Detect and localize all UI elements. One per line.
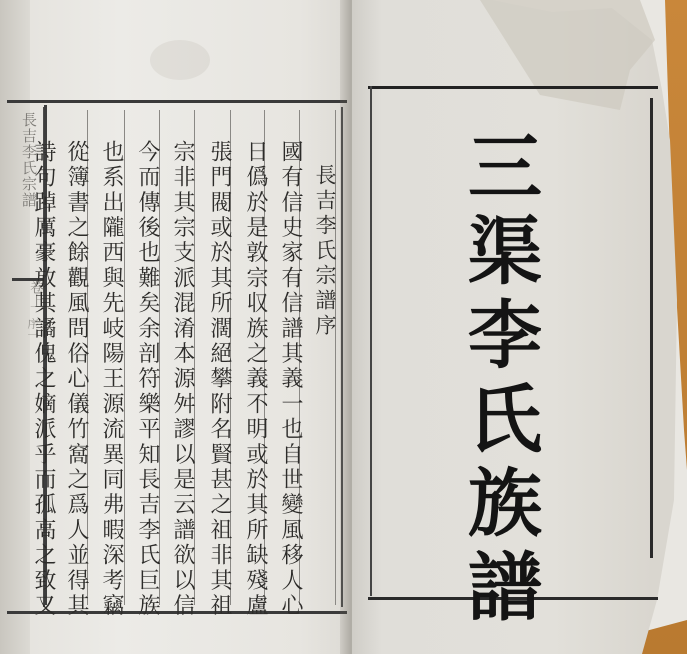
preface-heading: 長吉李氏宗譜序 <box>310 164 340 339</box>
book-spread: 長吉李氏宗譜 卷上 序一 長吉李氏宗譜序 國有信史家有信譜其義一也自世變風移人心… <box>0 0 687 654</box>
text-column: 今而傳後也難矣余剖符樂平知長吉李氏巨族 <box>132 140 162 619</box>
text-column: 從簿書之餘觀風問俗心儀竹窩之爲人並得其 <box>61 140 91 619</box>
text-column: 張門閥或於其所濶絕攀附名賢甚之祖非其祖 <box>204 140 234 619</box>
text-column: 也系出隴西與先岐陽王源流異同弗暇深考竊 <box>96 140 126 619</box>
text-column: 國有信史家有信譜其義一也自世變風移人心 <box>275 140 305 619</box>
cover-title: 三渠李氏族譜 <box>454 128 544 632</box>
text-column: 詩句踔厲豪放其譎傀之嫡派乎而孤高之致又 <box>28 140 58 619</box>
cover-frame-right <box>650 98 653 558</box>
cover-frame-left <box>370 86 372 596</box>
text-column: 宗非其宗支派混淆本源舛謬以是云譜欲以信 <box>167 140 197 619</box>
text-column: 日僞於是敦宗収族之義不明或於其所缺殘盧 <box>240 140 270 619</box>
paper-stain <box>150 40 210 80</box>
